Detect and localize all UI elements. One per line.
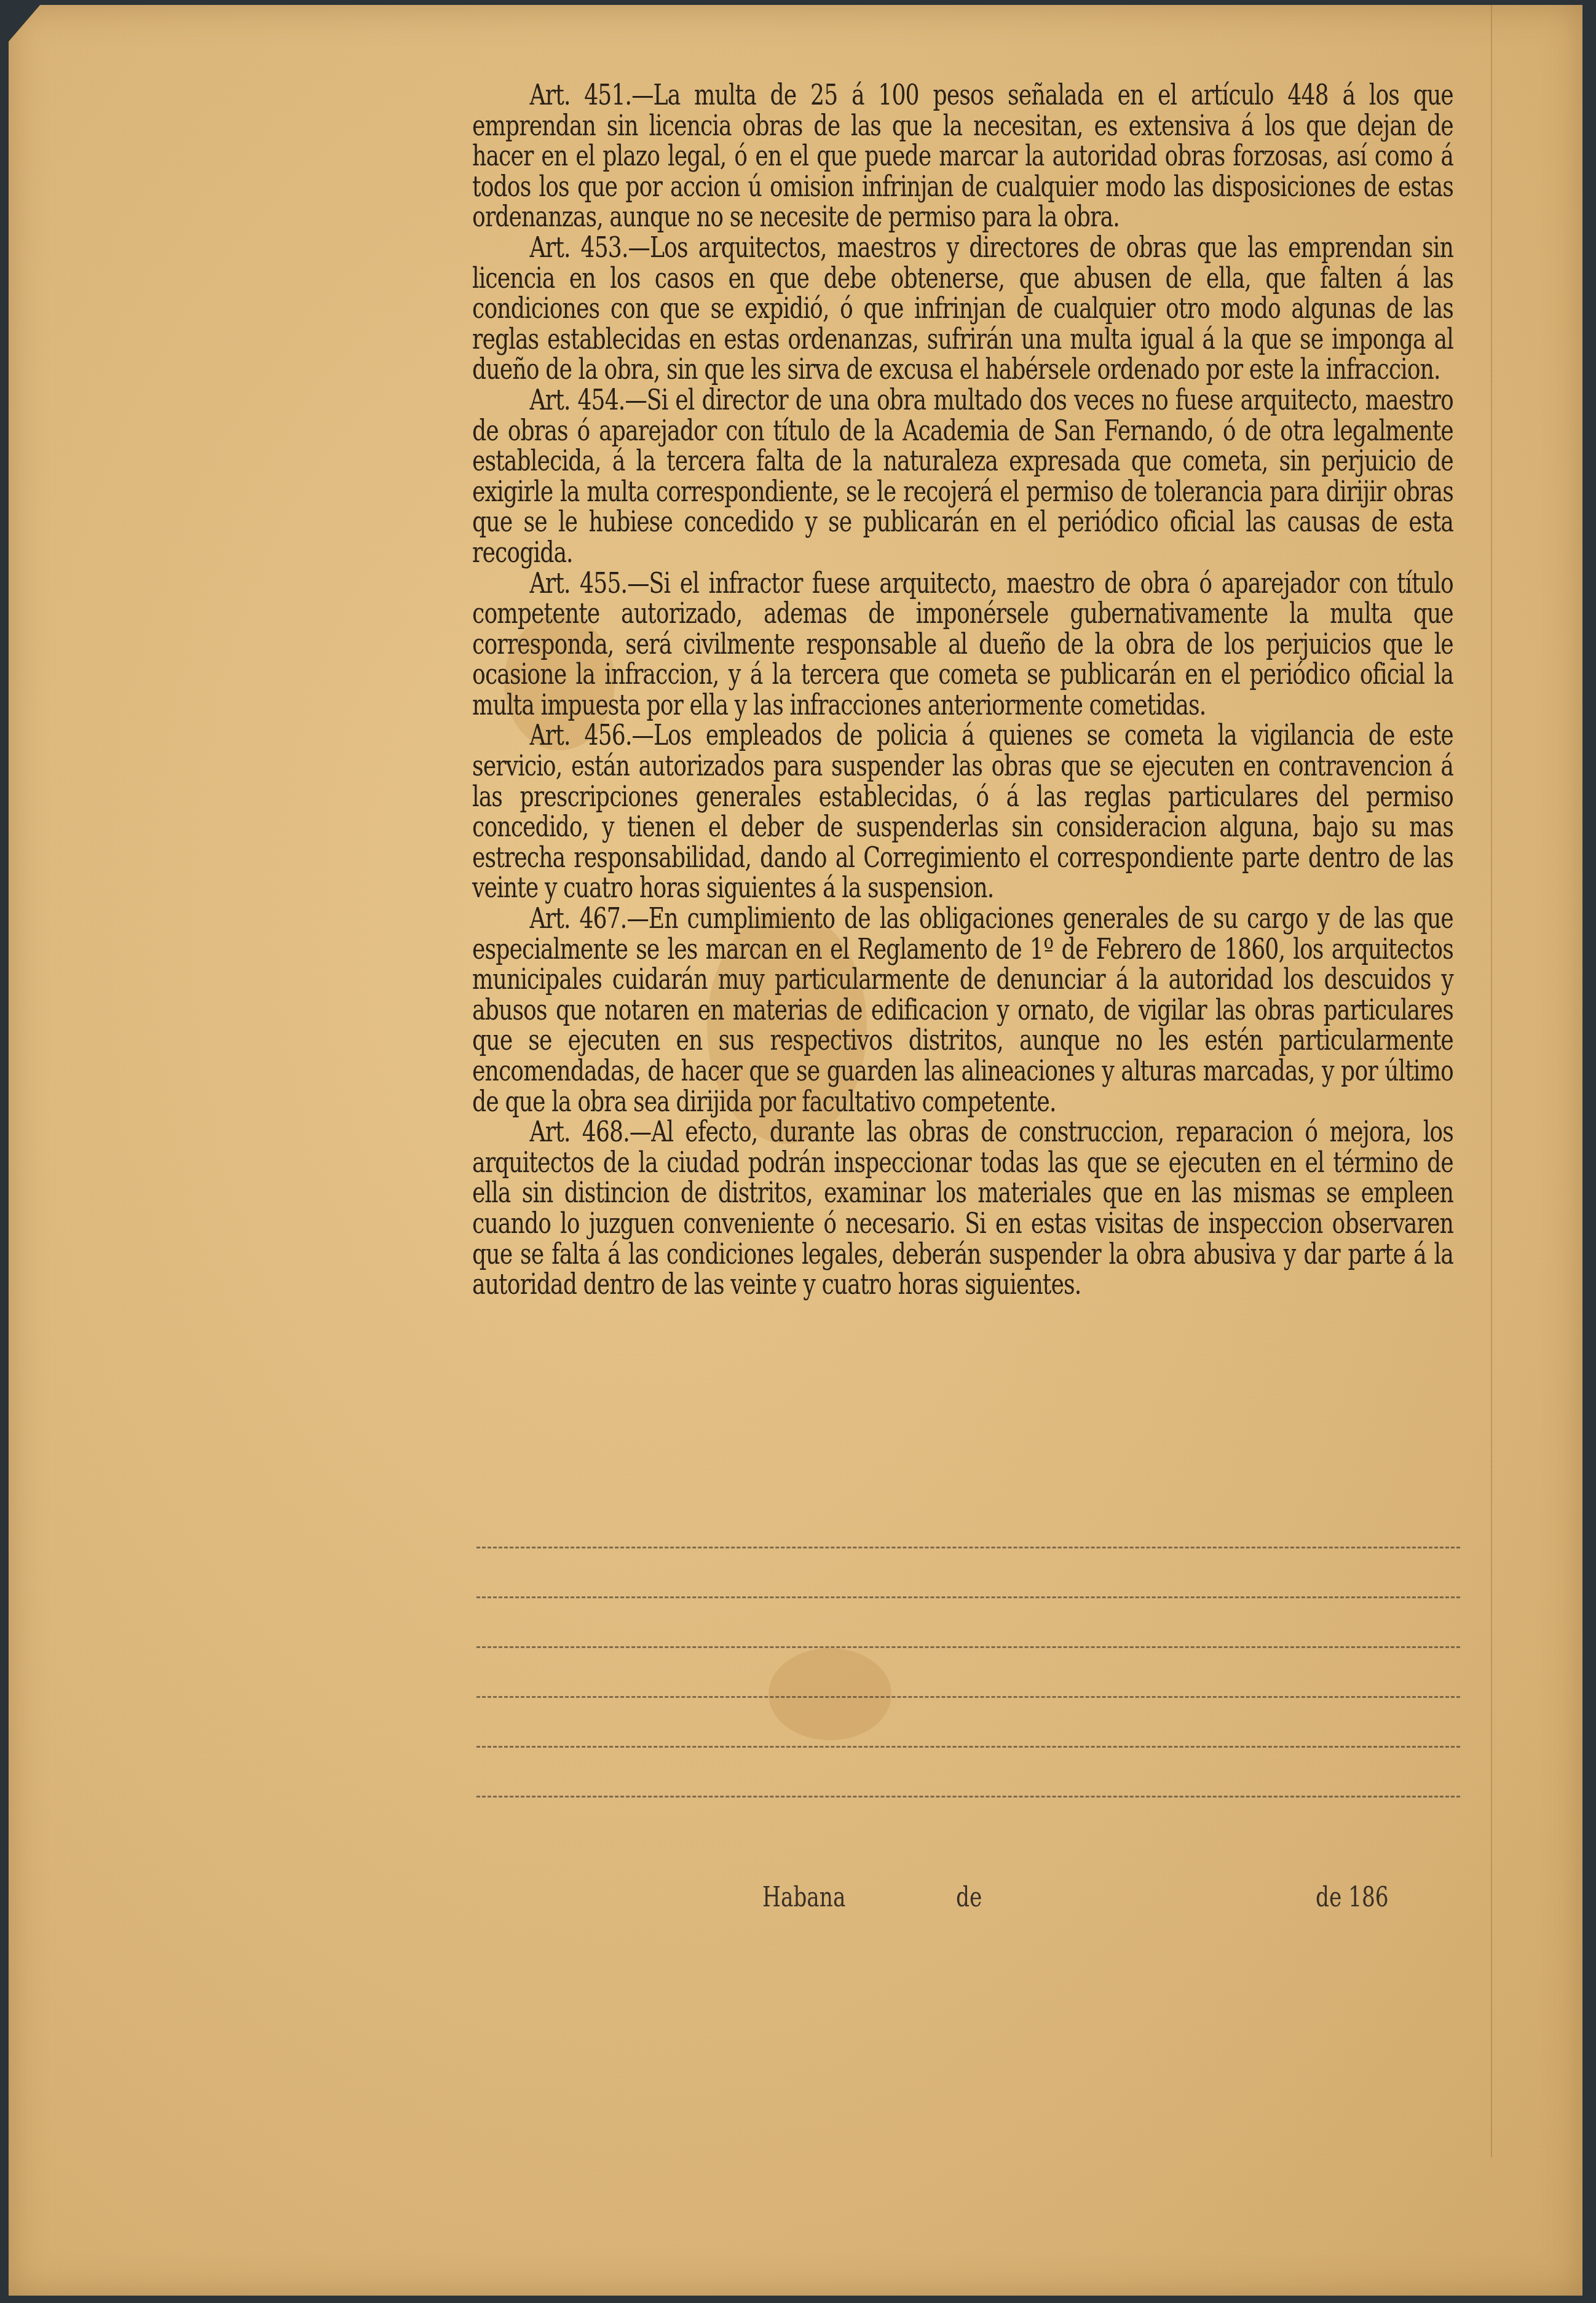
blank-line[interactable] <box>476 1596 1460 1598</box>
article-455: Art. 455.—Si el infractor fuese arquitec… <box>472 568 1453 721</box>
year-label: de 186 <box>1316 1882 1389 1913</box>
article-453: Art. 453.—Los arquitectos, maestros y di… <box>472 232 1453 385</box>
ordinance-text: Art. 451.—La multa de 25 á 100 pesos señ… <box>472 80 1453 1300</box>
blank-line[interactable] <box>476 1696 1460 1698</box>
blank-line[interactable] <box>476 1796 1460 1798</box>
blank-line[interactable] <box>476 1646 1460 1648</box>
blank-line[interactable] <box>476 1746 1460 1748</box>
article-454: Art. 454.—Si el director de una obra mul… <box>472 385 1453 568</box>
page-fold <box>1491 5 1492 2157</box>
day-label: de <box>956 1882 982 1913</box>
article-451: Art. 451.—La multa de 25 á 100 pesos señ… <box>472 80 1453 232</box>
blank-form-lines <box>476 1547 1460 1845</box>
article-468: Art. 468.—Al efecto, durante las obras d… <box>472 1117 1453 1300</box>
article-467: Art. 467.—En cumplimiento de las obligac… <box>472 903 1453 1117</box>
blank-line[interactable] <box>476 1547 1460 1548</box>
article-456: Art. 456.—Los empleados de policia á qui… <box>472 720 1453 903</box>
place-label: Habana <box>762 1882 845 1913</box>
